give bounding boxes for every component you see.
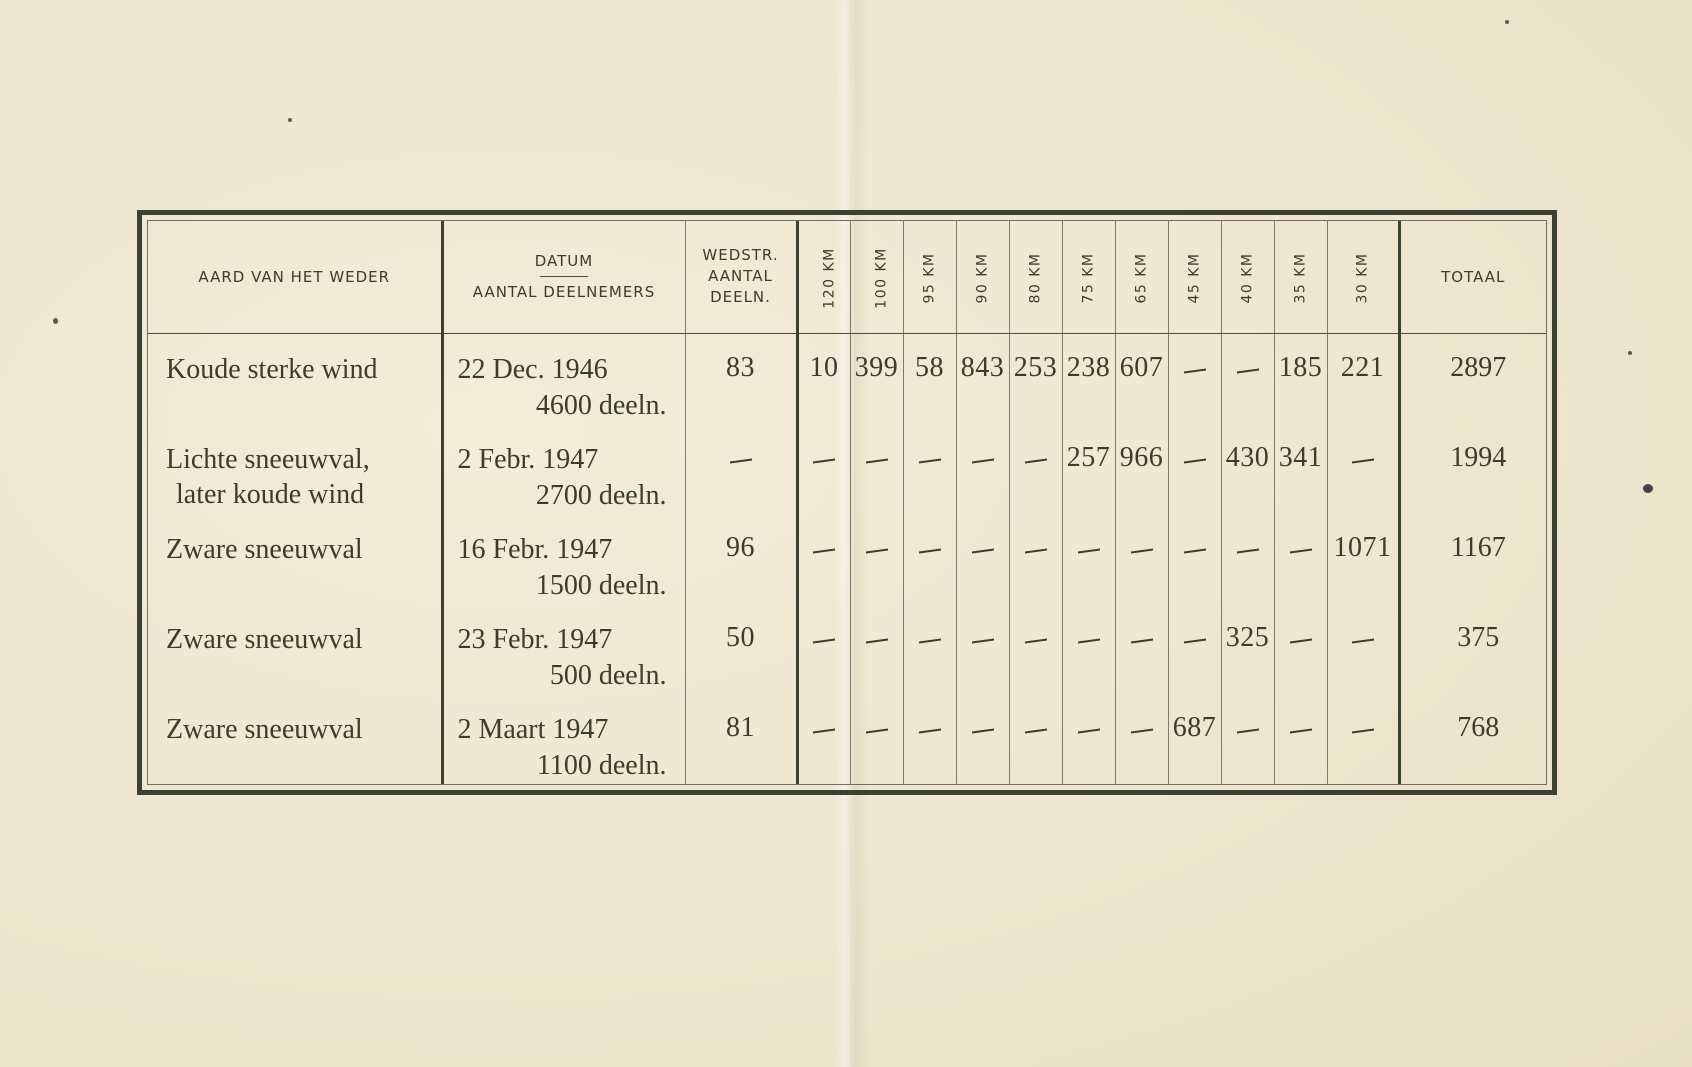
cell-totaal: 1994 [1399, 424, 1546, 514]
cell-km-95 [903, 694, 956, 784]
header-km-120: 120 KM [797, 221, 850, 333]
header-km-65: 65 KM [1115, 221, 1168, 333]
header-km-30: 30 KM [1327, 221, 1399, 333]
cell-weder: Zware sneeuwval [148, 514, 442, 604]
datum-participants: 2700 deeln. [458, 478, 685, 514]
header-wedstr-line2: AANTAL [686, 266, 796, 287]
datum-participants: 1500 deeln. [458, 568, 685, 604]
cell-km-65: 966 [1115, 424, 1168, 514]
cell-km-65 [1115, 514, 1168, 604]
header-km-label: 100 KM [873, 247, 889, 308]
empty-dash-mark [1078, 549, 1100, 554]
cell-datum: 23 Febr. 1947500 deeln. [442, 604, 685, 694]
empty-dash-mark [813, 639, 835, 644]
cell-km-35: 185 [1274, 333, 1327, 424]
cell-km-120 [797, 694, 850, 784]
empty-dash-mark [1184, 459, 1206, 464]
empty-dash-mark [1078, 729, 1100, 734]
cell-km-30 [1327, 424, 1399, 514]
header-datum: DATUM AANTAL DEELNEMERS [442, 221, 685, 333]
cell-km-35: 341 [1274, 424, 1327, 514]
cell-km-80 [1009, 694, 1062, 784]
empty-dash-mark [919, 729, 941, 734]
header-km-label: 65 KM [1134, 252, 1150, 303]
empty-dash-mark [919, 549, 941, 554]
cell-km-90 [956, 604, 1009, 694]
cell-km-30: 1071 [1327, 514, 1399, 604]
header-km-80: 80 KM [1009, 221, 1062, 333]
empty-dash-mark [1131, 729, 1153, 734]
cell-km-75 [1062, 514, 1115, 604]
empty-dash-mark [1352, 639, 1374, 644]
cell-km-100 [850, 604, 903, 694]
empty-dash-mark [972, 729, 994, 734]
empty-dash-mark [1290, 549, 1312, 554]
cell-km-45 [1168, 514, 1221, 604]
header-km-label: 90 KM [975, 252, 991, 303]
cell-km-120 [797, 424, 850, 514]
datum-participants: 500 deeln. [458, 658, 685, 694]
empty-dash-mark [866, 459, 888, 464]
empty-dash-mark [919, 459, 941, 464]
cell-km-90: 843 [956, 333, 1009, 424]
empty-dash-mark [730, 459, 752, 464]
header-km-75: 75 KM [1062, 221, 1115, 333]
cell-km-95 [903, 424, 956, 514]
empty-dash-mark [1184, 639, 1206, 644]
empty-dash-mark [1025, 639, 1047, 644]
empty-dash-mark [1025, 729, 1047, 734]
header-wedstr: WEDSTR. AANTAL DEELN. [685, 221, 797, 333]
cell-km-45 [1168, 333, 1221, 424]
empty-dash-mark [1352, 459, 1374, 464]
cell-km-35 [1274, 514, 1327, 604]
empty-dash-mark [1131, 549, 1153, 554]
cell-km-30: 221 [1327, 333, 1399, 424]
cell-datum: 16 Febr. 19471500 deeln. [442, 514, 685, 604]
weder-line-1: Lichte sneeuwval, [166, 442, 441, 477]
header-km-label: 40 KM [1240, 252, 1256, 303]
cell-km-75: 257 [1062, 424, 1115, 514]
empty-dash-mark [1078, 639, 1100, 644]
header-km-label: 45 KM [1187, 252, 1203, 303]
cell-totaal: 768 [1399, 694, 1546, 784]
cell-km-40: 325 [1221, 604, 1274, 694]
empty-dash-mark [1184, 369, 1206, 374]
cell-km-30 [1327, 604, 1399, 694]
header-divider-rule [540, 276, 588, 277]
empty-dash-mark [1290, 729, 1312, 734]
cell-km-80 [1009, 604, 1062, 694]
cell-km-75 [1062, 604, 1115, 694]
header-km-100: 100 KM [850, 221, 903, 333]
cell-wedstr: 83 [685, 333, 797, 424]
cell-wedstr: 50 [685, 604, 797, 694]
header-datum-label: DATUM [444, 252, 685, 270]
datum-date: 16 Febr. 1947 [458, 532, 685, 568]
weder-line-1: Koude sterke wind [166, 352, 441, 387]
datum-date: 2 Febr. 1947 [458, 442, 685, 478]
table-body: Koude sterke wind22 Dec. 19464600 deeln.… [148, 333, 1546, 784]
empty-dash-mark [866, 549, 888, 554]
cell-km-80 [1009, 424, 1062, 514]
cell-totaal: 1167 [1399, 514, 1546, 604]
header-km-95: 95 KM [903, 221, 956, 333]
header-weder: AARD VAN HET WEDER [148, 221, 442, 333]
results-table-frame: AARD VAN HET WEDER DATUM AANTAL DEELNEME… [137, 210, 1557, 795]
empty-dash-mark [1290, 639, 1312, 644]
table-row: Zware sneeuwval16 Febr. 19471500 deeln.9… [148, 514, 1546, 604]
datum-participants: 1100 deeln. [458, 748, 685, 784]
cell-km-40 [1221, 694, 1274, 784]
header-km-35: 35 KM [1274, 221, 1327, 333]
cell-weder: Koude sterke wind [148, 333, 442, 424]
empty-dash-mark [919, 639, 941, 644]
cell-datum: 2 Maart 19471100 deeln. [442, 694, 685, 784]
cell-km-100 [850, 424, 903, 514]
cell-km-95 [903, 604, 956, 694]
empty-dash-mark [1184, 549, 1206, 554]
header-wedstr-line1: WEDSTR. [686, 245, 796, 266]
cell-datum: 2 Febr. 19472700 deeln. [442, 424, 685, 514]
paper-speck [288, 118, 292, 122]
header-km-label: 80 KM [1028, 252, 1044, 303]
cell-km-45 [1168, 604, 1221, 694]
cell-km-45 [1168, 424, 1221, 514]
empty-dash-mark [1237, 729, 1259, 734]
cell-km-80: 253 [1009, 333, 1062, 424]
header-row: AARD VAN HET WEDER DATUM AANTAL DEELNEME… [148, 221, 1546, 333]
cell-km-95: 58 [903, 333, 956, 424]
cell-km-35 [1274, 604, 1327, 694]
cell-km-45: 687 [1168, 694, 1221, 784]
weder-line-2: later koude wind [166, 477, 441, 512]
table-row: Zware sneeuwval23 Febr. 1947500 deeln.50… [148, 604, 1546, 694]
weder-line-1: Zware sneeuwval [166, 712, 441, 747]
empty-dash-mark [1131, 639, 1153, 644]
datum-date: 2 Maart 1947 [458, 712, 685, 748]
cell-km-75 [1062, 694, 1115, 784]
empty-dash-mark [1025, 549, 1047, 554]
cell-km-65 [1115, 604, 1168, 694]
header-km-label: 120 KM [821, 247, 837, 308]
header-km-90: 90 KM [956, 221, 1009, 333]
cell-km-30 [1327, 694, 1399, 784]
cell-km-100 [850, 514, 903, 604]
cell-km-100: 399 [850, 333, 903, 424]
cell-wedstr: 81 [685, 694, 797, 784]
weder-line-1: Zware sneeuwval [166, 532, 441, 567]
header-km-40: 40 KM [1221, 221, 1274, 333]
results-table-inner-border: AARD VAN HET WEDER DATUM AANTAL DEELNEME… [147, 220, 1547, 785]
header-km-label: 75 KM [1081, 252, 1097, 303]
header-totaal: TOTAAL [1399, 221, 1546, 333]
datum-date: 22 Dec. 1946 [458, 352, 685, 388]
weder-line-1: Zware sneeuwval [166, 622, 441, 657]
header-km-label: 95 KM [922, 252, 938, 303]
cell-km-40 [1221, 333, 1274, 424]
paper-speck [53, 318, 58, 324]
cell-weder: Zware sneeuwval [148, 694, 442, 784]
cell-km-65 [1115, 694, 1168, 784]
table-row: Koude sterke wind22 Dec. 19464600 deeln.… [148, 333, 1546, 424]
table-row: Zware sneeuwval2 Maart 19471100 deeln.81… [148, 694, 1546, 784]
empty-dash-mark [813, 729, 835, 734]
header-wedstr-line3: DEELN. [686, 287, 796, 308]
empty-dash-mark [813, 549, 835, 554]
cell-datum: 22 Dec. 19464600 deeln. [442, 333, 685, 424]
datum-participants: 4600 deeln. [458, 388, 685, 424]
cell-totaal: 2897 [1399, 333, 1546, 424]
cell-km-120 [797, 604, 850, 694]
cell-km-35 [1274, 694, 1327, 784]
cell-km-95 [903, 514, 956, 604]
cell-wedstr [685, 424, 797, 514]
table-row: Lichte sneeuwval,later koude wind2 Febr.… [148, 424, 1546, 514]
cell-km-90 [956, 424, 1009, 514]
cell-km-100 [850, 694, 903, 784]
paper-speck [1628, 351, 1632, 355]
paper-speck [1505, 20, 1509, 24]
empty-dash-mark [1237, 369, 1259, 374]
empty-dash-mark [866, 639, 888, 644]
empty-dash-mark [972, 639, 994, 644]
cell-km-65: 607 [1115, 333, 1168, 424]
cell-km-80 [1009, 514, 1062, 604]
datum-date: 23 Febr. 1947 [458, 622, 685, 658]
cell-km-90 [956, 694, 1009, 784]
results-table: AARD VAN HET WEDER DATUM AANTAL DEELNEME… [148, 221, 1546, 784]
empty-dash-mark [1025, 459, 1047, 464]
cell-km-120 [797, 514, 850, 604]
header-km-label: 35 KM [1293, 252, 1309, 303]
empty-dash-mark [866, 729, 888, 734]
cell-km-75: 238 [1062, 333, 1115, 424]
header-km-label: 30 KM [1355, 252, 1371, 303]
empty-dash-mark [1237, 549, 1259, 554]
header-deelnemers-label: AANTAL DEELNEMERS [444, 283, 685, 301]
empty-dash-mark [813, 459, 835, 464]
cell-totaal: 375 [1399, 604, 1546, 694]
header-km-45: 45 KM [1168, 221, 1221, 333]
cell-weder: Lichte sneeuwval,later koude wind [148, 424, 442, 514]
cell-weder: Zware sneeuwval [148, 604, 442, 694]
cell-km-40 [1221, 514, 1274, 604]
empty-dash-mark [972, 549, 994, 554]
cell-km-120: 10 [797, 333, 850, 424]
cell-km-40: 430 [1221, 424, 1274, 514]
empty-dash-mark [1352, 729, 1374, 734]
empty-dash-mark [972, 459, 994, 464]
paper-speck [1643, 484, 1653, 493]
cell-km-90 [956, 514, 1009, 604]
cell-wedstr: 96 [685, 514, 797, 604]
